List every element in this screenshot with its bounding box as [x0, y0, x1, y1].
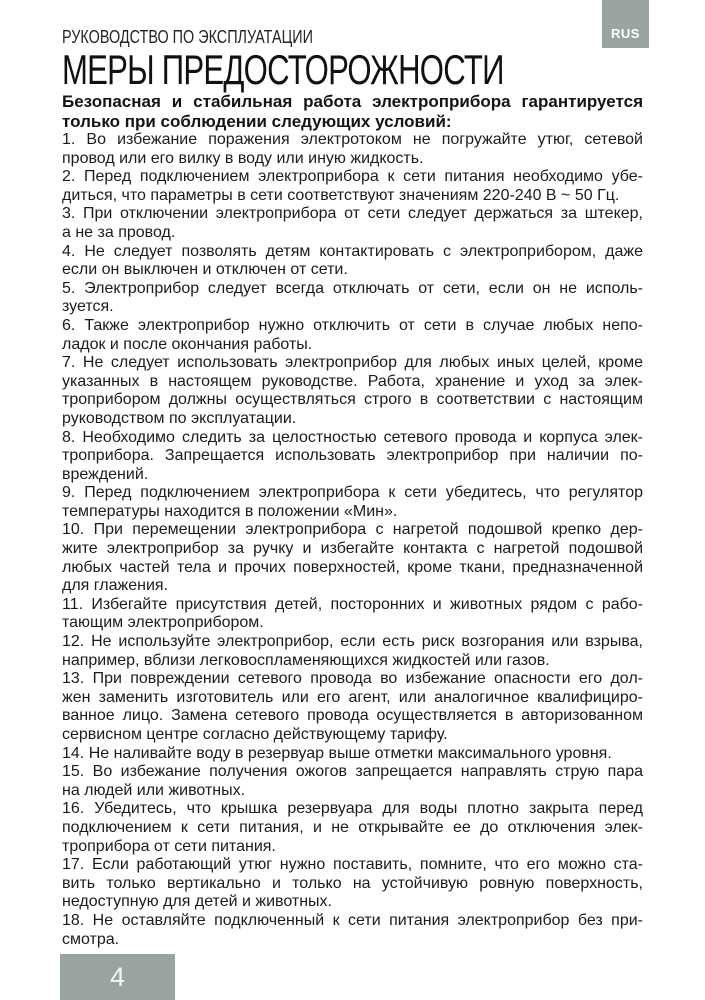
text-line: 8. Необходимо следить за целостностью се…: [62, 429, 643, 448]
text-line: подключением к сети питания, и не открыв…: [62, 819, 643, 838]
page-content: Безопасная и стабильная работа электропр…: [62, 92, 643, 949]
text-line: троприбора. Запрещается использовать эле…: [62, 447, 643, 466]
text-line: зуется.: [62, 298, 643, 317]
precaution-item: 4. Не следует позволять детям контактиро…: [62, 243, 643, 280]
text-line: 17. Если работающий утюг нужно поставить…: [62, 856, 643, 875]
text-line: 11. Избегайте присутствия детей, посторо…: [62, 596, 643, 615]
precaution-item: 3. При отключении электроприбора от сети…: [62, 205, 643, 242]
page-number: 4: [110, 962, 125, 993]
precaution-item: 17. Если работающий утюг нужно поставить…: [62, 856, 643, 912]
text-line: 18. Не оставляйте подключенный к сети пи…: [62, 912, 643, 931]
text-line: ванное лицо. Замена сетевого провода осу…: [62, 707, 643, 726]
text-line: жите электроприбор за ручку и избегайте …: [62, 540, 643, 559]
precaution-item: 10. При перемещении электроприбора с наг…: [62, 521, 643, 595]
text-line: вреждений.: [62, 466, 643, 485]
precaution-item: 6. Также электроприбор нужно отключить о…: [62, 317, 643, 354]
text-line: температуры находится в положении «Мин».: [62, 503, 643, 522]
text-line: на людей или животных.: [62, 782, 643, 801]
text-line: 3. При отключении электроприбора от сети…: [62, 205, 643, 224]
text-line: 15. Во избежание получения ожогов запрещ…: [62, 763, 643, 782]
header-title: РУКОВОДСТВО ПО ЭКСПЛУАТАЦИИ: [62, 27, 376, 48]
text-line: 13. При повреждении сетевого провода во …: [62, 670, 643, 689]
text-line: 12. Не используйте электроприбор, если е…: [62, 633, 643, 652]
precaution-item: 14. Не наливайте воду в резервуар выше о…: [62, 745, 643, 764]
text-line: например, вблизи легковоспламеняющихся ж…: [62, 652, 643, 671]
text-line: тающим электроприбором.: [62, 614, 643, 633]
page-number-box: 4: [60, 954, 175, 1000]
text-line: 9. Перед подключением электроприбора к с…: [62, 484, 643, 503]
precaution-item: 16. Убедитесь, что крышка резервуара для…: [62, 800, 643, 856]
text-line: 7. Не следует использовать электроприбор…: [62, 354, 643, 373]
text-line: для глажения.: [62, 577, 643, 596]
text-line: недоступную для детей и животных.: [62, 893, 643, 912]
text-line: любых частей тела и прочих поверхностей,…: [62, 559, 643, 578]
text-line: диться, что параметры в сети соответству…: [62, 187, 643, 206]
intro-paragraph: Безопасная и стабильная работа электропр…: [62, 92, 643, 131]
precaution-item: 2. Перед подключением электроприбора к с…: [62, 168, 643, 205]
text-line: 4. Не следует позволять детям контактиро…: [62, 243, 643, 262]
language-badge-rus: RUS: [602, 0, 649, 48]
text-line: 1. Во избежание поражения электротоком н…: [62, 131, 643, 150]
page-title: МЕРЫ ПРЕДОСТОРОЖНОСТИ: [62, 46, 659, 94]
precaution-item: 1. Во избежание поражения электротоком н…: [62, 131, 643, 168]
page-title-text: МЕРЫ ПРЕДОСТОРОЖНОСТИ: [62, 46, 504, 94]
text-line: если он выключен и отключен от сети.: [62, 261, 643, 280]
precaution-item: 12. Не используйте электроприбор, если е…: [62, 633, 643, 670]
text-line: 2. Перед подключением электроприбора к с…: [62, 168, 643, 187]
precaution-item: 7. Не следует использовать электроприбор…: [62, 354, 643, 428]
text-line: Безопасная и стабильная работа электропр…: [62, 92, 643, 112]
precaution-item: 15. Во избежание получения ожогов запрещ…: [62, 763, 643, 800]
language-badge-label: RUS: [611, 26, 640, 41]
text-line: троприбором должны осуществляться строго…: [62, 391, 643, 410]
precaution-item: 5. Электроприбор следует всегда отключат…: [62, 280, 643, 317]
text-line: указанных в настоящем руководстве. Работ…: [62, 373, 643, 392]
precaution-item: 13. При повреждении сетевого провода во …: [62, 670, 643, 744]
text-line: провод или его вилку в воду или иную жид…: [62, 150, 643, 169]
text-line: сервисном центре согласно действующему т…: [62, 726, 643, 745]
text-line: жен заменить изготовитель или его агент,…: [62, 689, 643, 708]
text-line: 5. Электроприбор следует всегда отключат…: [62, 280, 643, 299]
text-line: 14. Не наливайте воду в резервуар выше о…: [62, 745, 643, 764]
precaution-item: 18. Не оставляйте подключенный к сети пи…: [62, 912, 643, 949]
precaution-item: 11. Избегайте присутствия детей, посторо…: [62, 596, 643, 633]
text-line: вить только вертикально и только на усто…: [62, 875, 643, 894]
text-line: 16. Убедитесь, что крышка резервуара для…: [62, 800, 643, 819]
text-line: смотра.: [62, 931, 643, 950]
precaution-item: 8. Необходимо следить за целостностью се…: [62, 429, 643, 485]
manual-page: РУКОВОДСТВО ПО ЭКСПЛУАТАЦИИ RUS МЕРЫ ПРЕ…: [0, 0, 705, 1000]
text-line: троприбора от сети питания.: [62, 838, 643, 857]
text-line: ладок и после окончания работы.: [62, 336, 643, 355]
text-line: а не за провод.: [62, 224, 643, 243]
precautions-list: 1. Во избежание поражения электротоком н…: [62, 131, 643, 949]
text-line: 10. При перемещении электроприбора с наг…: [62, 521, 643, 540]
text-line: только при соблюдении следующих условий:: [62, 112, 643, 132]
precaution-item: 9. Перед подключением электроприбора к с…: [62, 484, 643, 521]
text-line: руководством по эксплуатации.: [62, 410, 643, 429]
header-title-text: РУКОВОДСТВО ПО ЭКСПЛУАТАЦИИ: [62, 27, 313, 48]
text-line: 6. Также электроприбор нужно отключить о…: [62, 317, 643, 336]
